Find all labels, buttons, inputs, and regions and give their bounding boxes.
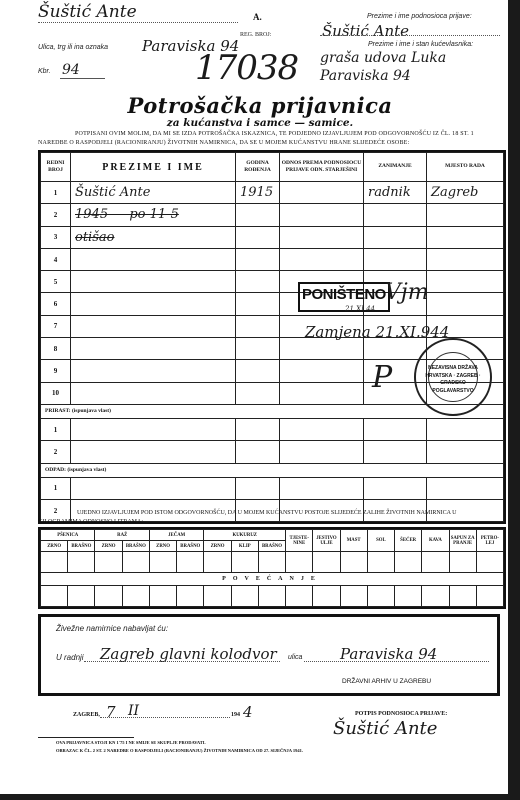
handwritten-mark: P xyxy=(372,360,392,395)
year-cell xyxy=(236,315,280,337)
header-workplace: MJESTO RADA xyxy=(427,153,504,182)
street-label: Ulica, trg ili ina oznaka xyxy=(38,44,108,51)
relation-cell xyxy=(280,248,364,270)
row-number: 1 xyxy=(41,418,71,440)
table-row: 1 xyxy=(41,418,504,440)
row-number: 5 xyxy=(41,271,71,293)
registration-label: REG. BROJ: xyxy=(240,32,271,38)
year-cell xyxy=(236,248,280,270)
stock-group-header-row: PŠENICA RAŽ JEČAM KUKURUZ TJESTE-NINE JE… xyxy=(41,530,504,541)
name-cell xyxy=(71,271,236,293)
house-number-line xyxy=(60,78,105,79)
name-cell xyxy=(71,360,236,382)
relation-cell xyxy=(280,360,364,382)
sub-header: BRAŠNO xyxy=(122,541,149,552)
name-line xyxy=(38,22,238,23)
name-cell xyxy=(71,315,236,337)
sub-header: ZRNO xyxy=(95,541,122,552)
name-value: 1945 — po 11-5 xyxy=(71,207,179,222)
row-number: 10 xyxy=(41,382,71,404)
increase-label-row: POVEĆANJE xyxy=(41,573,504,586)
shop-label: U radnji xyxy=(56,653,84,662)
applicant-name-top: Šuštić Ante xyxy=(38,2,137,22)
table-row: 4 xyxy=(41,248,504,270)
occupation-cell xyxy=(364,248,427,270)
row-number: 2 xyxy=(41,204,71,226)
sub-header: BRAŠNO xyxy=(177,541,204,552)
place-label: ZAGREB, xyxy=(73,712,100,718)
header-relation: ODNOS PREMA PODNOSIOCU PRIJAVE ODN. STAR… xyxy=(280,153,364,182)
submitter-value: Šuštić Ante xyxy=(322,22,409,40)
house-number-value: 94 xyxy=(62,62,80,78)
header-coffee: KAVA xyxy=(422,530,449,552)
name-cell xyxy=(71,248,236,270)
table-row: 2 xyxy=(41,441,504,463)
group-barley: JEČAM xyxy=(149,530,203,541)
year-cell xyxy=(236,271,280,293)
persons-header-row: REDNI BROJ PREZIME I IME GODINA ROĐENJA … xyxy=(41,153,504,182)
row-number: 1 xyxy=(41,182,71,204)
occupation-cell xyxy=(364,441,427,463)
intro-text-line2: NAREDBE O RASPODJELI (RACIONIRANJU) ŽIVO… xyxy=(38,140,409,146)
increase-label: POVEĆANJE xyxy=(41,573,504,586)
scan-edge-bottom xyxy=(0,794,520,800)
shop-value: Zagreb glavni kolodvor xyxy=(100,645,277,663)
header-birth-year: GODINA ROĐENJA xyxy=(236,153,280,182)
sub-header: BRAŠNO xyxy=(68,541,95,552)
group-rye: RAŽ xyxy=(95,530,149,541)
header-salt: SOL xyxy=(367,530,394,552)
header-name: PREZIME I IME xyxy=(71,153,236,182)
name-cell xyxy=(71,293,236,315)
declaration-line1: UJEDNO IZJAVLJUJEM POD ISTOM ODGOVORNOŠĆ… xyxy=(77,510,457,516)
submitter-line xyxy=(320,35,500,36)
table-row: 1 Šuštić Ante 1915 radnik Zagreb xyxy=(41,182,504,204)
workplace-cell xyxy=(427,441,504,463)
date-day: 7 xyxy=(106,703,116,721)
relation-cell xyxy=(280,477,364,499)
form-title: Potrošačka prijavnica xyxy=(0,93,520,118)
table-row: 5 xyxy=(41,271,504,293)
supply-street-value: Paraviska 94 xyxy=(340,645,437,663)
official-initials: Vjm xyxy=(385,280,429,305)
date-year-prefix: 194 xyxy=(231,712,240,718)
row-number: 3 xyxy=(41,226,71,248)
signature: Šuštić Ante xyxy=(333,718,437,739)
name-cell xyxy=(71,418,236,440)
stock-table: PŠENICA RAŽ JEČAM KUKURUZ TJESTE-NINE JE… xyxy=(38,527,506,609)
name-cell: otišao xyxy=(71,226,236,248)
registration-number: 17038 xyxy=(195,48,298,88)
footnote-price: OVA PRIJAVNICA STOJI KN 1'75 I NE SMIJE … xyxy=(56,740,206,745)
workplace-cell xyxy=(427,271,504,293)
name-value: otišao xyxy=(71,230,114,245)
house-number-label: Kbr. xyxy=(38,68,51,75)
table-row: 2 1945 — po 11-5 xyxy=(41,204,504,226)
year-cell xyxy=(236,204,280,226)
table-row: 1 xyxy=(41,477,504,499)
date-year-suffix: 4 xyxy=(243,703,253,721)
stock-values-row xyxy=(41,552,504,573)
year-value: 1915 xyxy=(236,185,273,200)
occupation-cell xyxy=(364,204,427,226)
group-corn: KUKURUZ xyxy=(204,530,286,541)
relation-cell xyxy=(280,418,364,440)
sub-header: KLIP xyxy=(231,541,258,552)
householder-name: graša udova Luka xyxy=(320,50,446,66)
odpad-section-row: ODPAD: (ispunjava vlast) xyxy=(41,463,504,477)
householder-label: Prezime i ime i stan kućevlasnika: xyxy=(368,41,473,48)
row-number: 9 xyxy=(41,360,71,382)
intro-text-line1: POTPISANI OVIM MOLIM, DA MI SE IZDA POTR… xyxy=(75,131,474,137)
row-number: 6 xyxy=(41,293,71,315)
header-sugar: ŠEĆER xyxy=(395,530,422,552)
row-number: 7 xyxy=(41,315,71,337)
workplace-cell: Zagreb xyxy=(427,182,504,204)
supply-street-label: ulica xyxy=(288,654,302,661)
group-wheat: PŠENICA xyxy=(41,530,95,541)
relation-cell xyxy=(280,204,364,226)
occupation-cell: radnik xyxy=(364,182,427,204)
supply-title: Živežne namirnice nabavljat ću: xyxy=(56,624,168,633)
occupation-value: radnik xyxy=(364,185,411,200)
submitter-label: Prezime i ime podnosioca prijave: xyxy=(367,13,472,20)
odpad-label: ODPAD: (ispunjava vlast) xyxy=(41,463,504,477)
sub-header: BRAŠNO xyxy=(258,541,285,552)
name-cell xyxy=(71,441,236,463)
table-row: 6 xyxy=(41,293,504,315)
official-seal-text: NEZAVISNA DRŽAVA HRVATSKA · ZAGREB · GRA… xyxy=(425,365,481,395)
relation-cell xyxy=(280,441,364,463)
header-no: REDNI BROJ xyxy=(41,153,71,182)
year-cell xyxy=(236,441,280,463)
header-oil: JESTIVO ULJE xyxy=(313,530,340,552)
stock-increase-row xyxy=(41,586,504,607)
householder-address: Paraviska 94 xyxy=(320,68,411,84)
year-cell xyxy=(236,226,280,248)
year-cell xyxy=(236,360,280,382)
year-cell xyxy=(236,293,280,315)
header-pasta: TJESTE-NINE xyxy=(286,530,313,552)
year-cell xyxy=(236,418,280,440)
name-cell xyxy=(71,477,236,499)
row-number: 2 xyxy=(41,441,71,463)
workplace-value: Zagreb xyxy=(427,185,478,200)
workplace-cell xyxy=(427,226,504,248)
name-cell: Šuštić Ante xyxy=(71,182,236,204)
row-number: 1 xyxy=(41,477,71,499)
header-occupation: ZANIMANJE xyxy=(364,153,427,182)
table-row: 3 otišao xyxy=(41,226,504,248)
year-cell: 1915 xyxy=(236,182,280,204)
footnote-form-reference: OBRAZAC K ČL. 2 ST. 2 NAREDBE O RASPODJE… xyxy=(56,748,303,753)
name-cell xyxy=(71,382,236,404)
header-lard: MAST xyxy=(340,530,367,552)
footnote-rule xyxy=(38,737,134,738)
sub-header: ZRNO xyxy=(41,541,68,552)
header-petroleum: PETRO-LEJ xyxy=(476,530,503,552)
workplace-cell xyxy=(427,477,504,499)
section-marker: A. xyxy=(253,12,262,22)
name-cell xyxy=(71,338,236,360)
relation-cell xyxy=(280,382,364,404)
workplace-cell xyxy=(427,204,504,226)
relation-cell xyxy=(280,226,364,248)
date-line xyxy=(100,717,230,718)
workplace-cell xyxy=(427,248,504,270)
workplace-cell xyxy=(427,293,504,315)
form-subtitle: za kućanstva i samce — samice. xyxy=(0,117,520,129)
sub-header: ZRNO xyxy=(149,541,176,552)
header-soap: SAPUN ZA PRANJE xyxy=(449,530,476,552)
year-cell xyxy=(236,477,280,499)
relation-cell xyxy=(280,182,364,204)
cancelled-stamp-text: PONIŠTENO xyxy=(302,286,386,303)
year-cell xyxy=(236,382,280,404)
declaration-line2: KILOGRAMIMA ODNOSNO LITRAMA: xyxy=(38,519,143,525)
occupation-cell xyxy=(364,226,427,248)
name-value: Šuštić Ante xyxy=(71,185,150,200)
cancelled-stamp-date: 21.XI.44 xyxy=(345,305,375,313)
row-number: 8 xyxy=(41,338,71,360)
sub-header: ZRNO xyxy=(204,541,231,552)
replacement-note: Zamjena 21.XI.944 xyxy=(305,323,449,341)
occupation-cell xyxy=(364,477,427,499)
name-cell: 1945 — po 11-5 xyxy=(71,204,236,226)
archive-stamp: DRŽAVNI ARHIV U ZAGREBU xyxy=(342,678,431,685)
signature-label: POTPIS PODNOSIOCA PRIJAVE: xyxy=(355,711,447,717)
row-number: 4 xyxy=(41,248,71,270)
occupation-cell xyxy=(364,418,427,440)
workplace-cell xyxy=(427,418,504,440)
year-cell xyxy=(236,338,280,360)
